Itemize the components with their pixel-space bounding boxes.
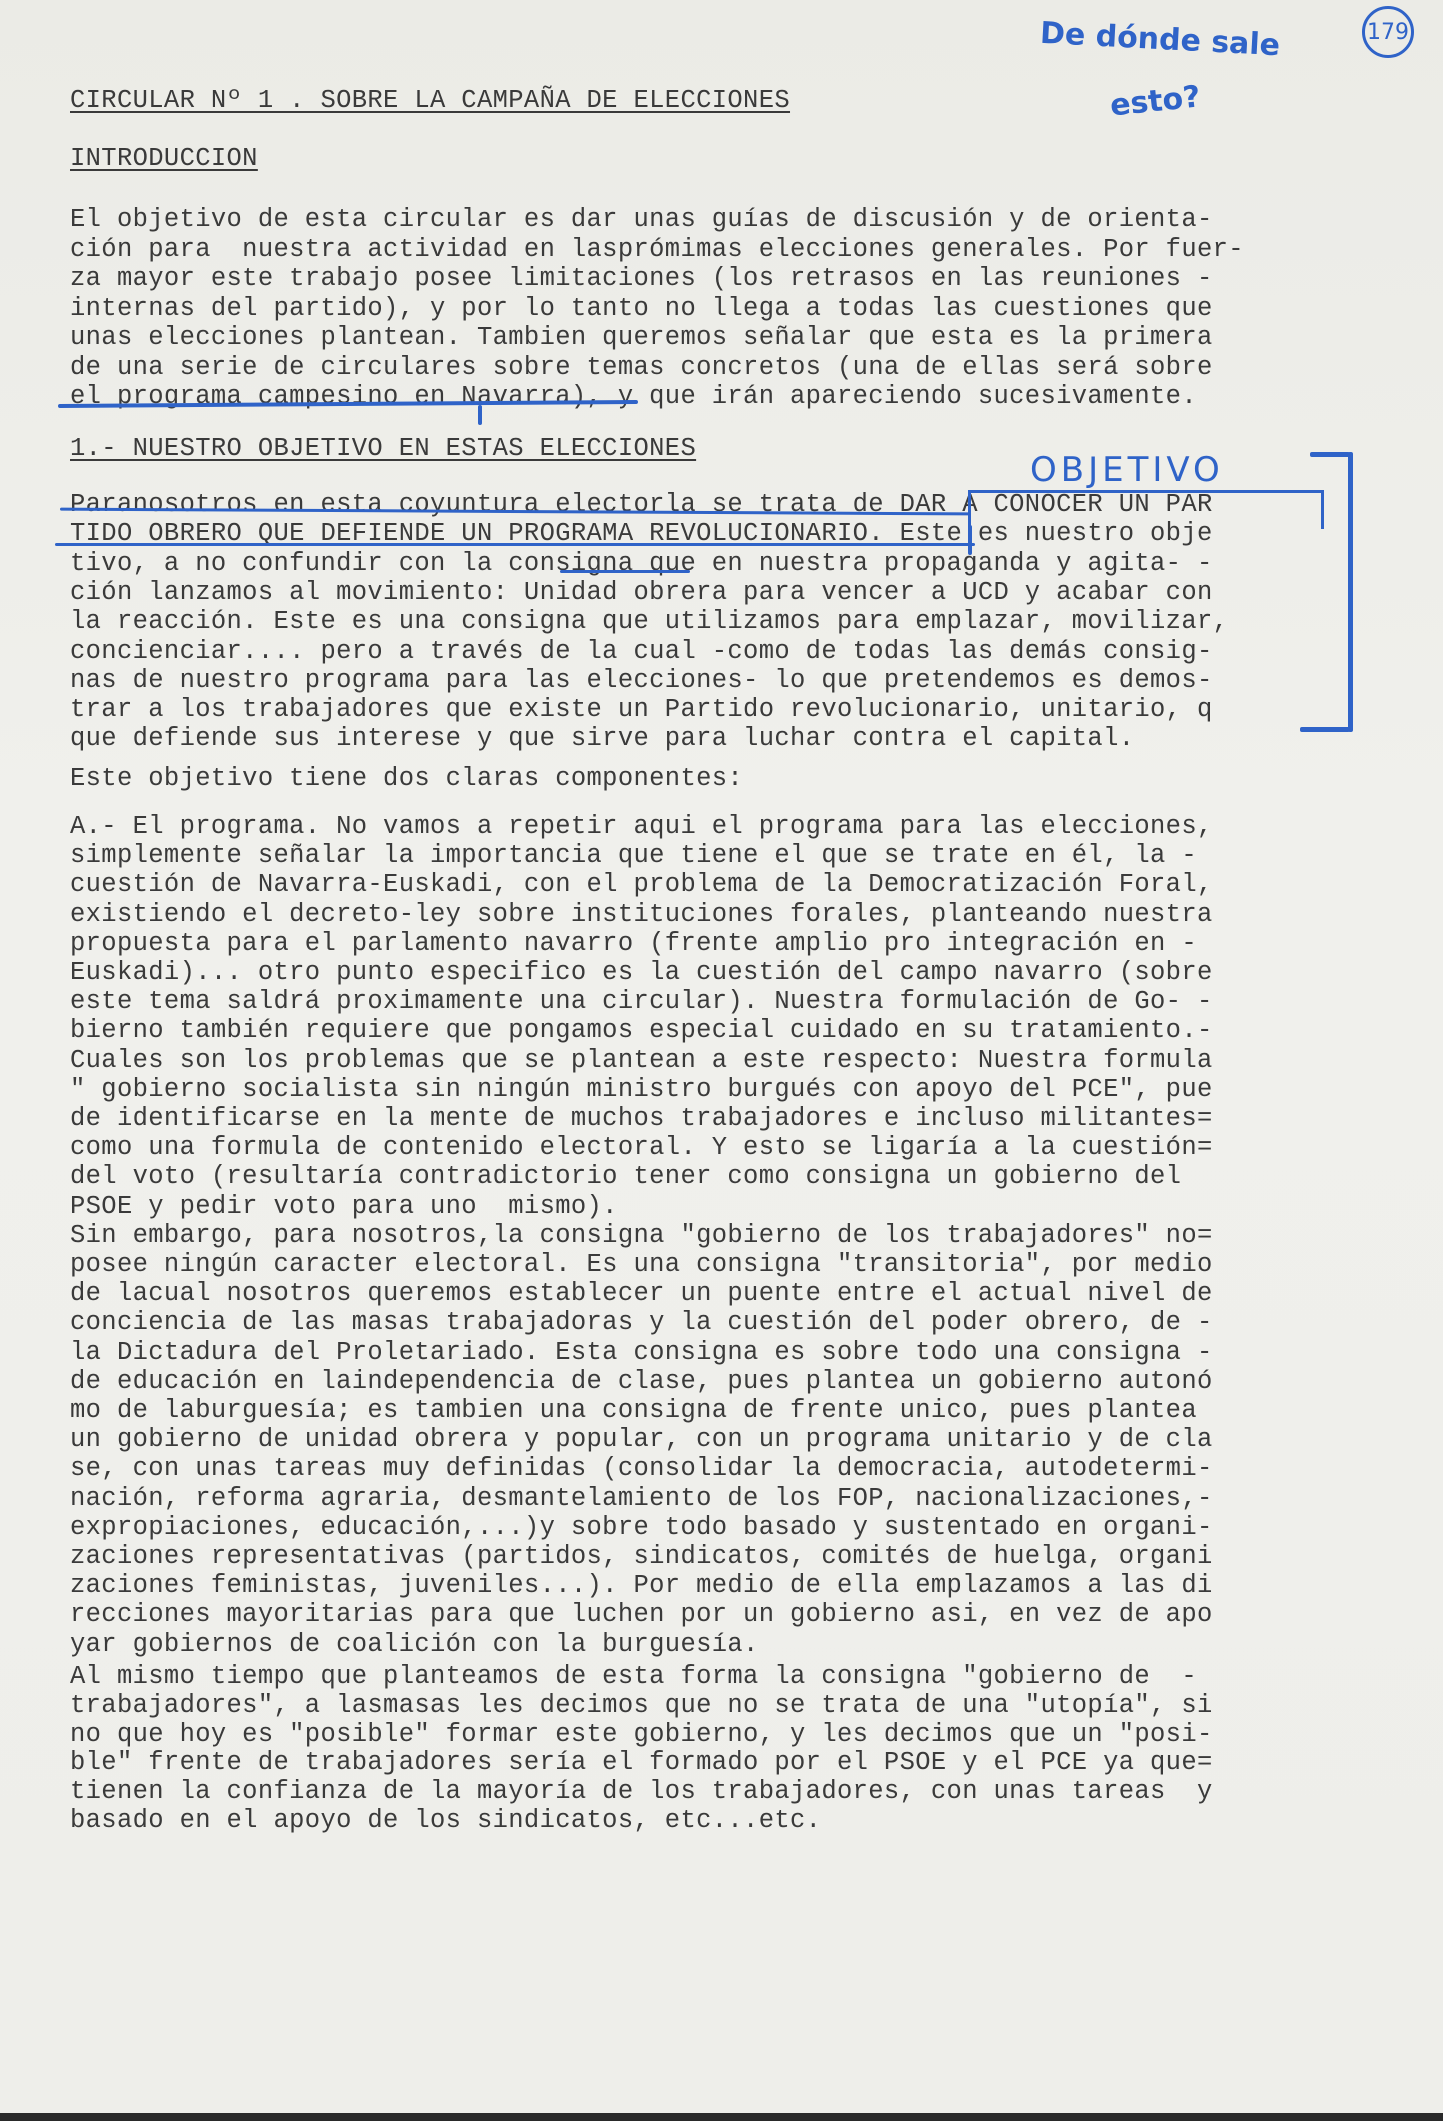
- underline-tido-obrero: [55, 543, 975, 546]
- bracket-top: [1310, 452, 1350, 457]
- text-line: zaciones representativas (partidos, sind…: [70, 1542, 1213, 1571]
- text-line: del voto (resultaría contradictorio tene…: [70, 1162, 1181, 1191]
- page-bottom-edge: [0, 2113, 1443, 2121]
- text-line: basado en el apoyo de los sindicatos, et…: [70, 1806, 821, 1835]
- text-line: unas elecciones plantean. Tambien querem…: [70, 323, 1213, 352]
- text-line: ción lanzamos al movimiento: Unidad obre…: [70, 578, 1213, 607]
- text-line: simplemente señalar la importancia que t…: [70, 841, 1197, 870]
- page-number-stamp: 179: [1362, 6, 1414, 58]
- text-line: Al mismo tiempo que planteamos de esta f…: [70, 1662, 1197, 1691]
- text-line: de identificarse en la mente de muchos t…: [70, 1104, 1213, 1133]
- text-line: yar gobiernos de coalición con la burgue…: [70, 1630, 759, 1659]
- text-line: 1.- NUESTRO OBJETIVO EN ESTAS ELECCIONES: [70, 434, 696, 463]
- text-line: como una formula de contenido electoral.…: [70, 1133, 1213, 1162]
- underline-consigna: [560, 570, 690, 573]
- text-line: conciencia de las masas trabajadoras y l…: [70, 1308, 1213, 1337]
- bracket-right: [1348, 452, 1353, 732]
- text-line: expropiaciones, educación,...)y sobre to…: [70, 1513, 1213, 1542]
- text-line: Euskadi)... otro punto especifico es la …: [70, 958, 1213, 987]
- text-line: CIRCULAR Nº 1 . SOBRE LA CAMPAÑA DE ELEC…: [70, 86, 790, 115]
- bracket-bottom: [1300, 727, 1350, 732]
- box-left-edge: [968, 525, 972, 555]
- text-line: posee ningún caracter electoral. Es una …: [70, 1250, 1213, 1279]
- text-line: tienen la confianza de la mayoría de los…: [70, 1777, 1213, 1806]
- text-line: tivo, a no confundir con la consigna que…: [70, 549, 1213, 578]
- text-line: za mayor este trabajo posee limitaciones…: [70, 264, 1213, 293]
- text-line: no que hoy es "posible" formar este gobi…: [70, 1720, 1213, 1749]
- text-line: El objetivo de esta circular es dar unas…: [70, 205, 1213, 234]
- margin-note-line-2: esto?: [1108, 79, 1202, 123]
- text-line: de una serie de circulares sobre temas c…: [70, 353, 1213, 382]
- text-line: Cuales son los problemas que se plantean…: [70, 1046, 1213, 1075]
- text-line: Sin embargo, para nosotros,la consigna "…: [70, 1221, 1213, 1250]
- text-line: trabajadores", a lasmasas les decimos qu…: [70, 1691, 1213, 1720]
- text-line: la reacción. Este es una consigna que ut…: [70, 607, 1228, 636]
- text-line: nación, reforma agraria, desmantelamient…: [70, 1484, 1213, 1513]
- text-line: nas de nuestro programa para las eleccio…: [70, 666, 1213, 695]
- text-line: " gobierno socialista sin ningún ministr…: [70, 1075, 1213, 1104]
- text-line: INTRODUCCION: [70, 144, 258, 173]
- text-line: internas del partido), y por lo tanto no…: [70, 294, 1213, 323]
- text-line: un gobierno de unidad obrera y popular, …: [70, 1425, 1213, 1454]
- text-line: Este objetivo tiene dos claras component…: [70, 764, 743, 793]
- text-line: la Dictadura del Proletariado. Esta cons…: [70, 1338, 1213, 1367]
- text-line: de lacual nosotros queremos establecer u…: [70, 1279, 1213, 1308]
- underline-tick: [478, 405, 482, 425]
- text-line: se, con unas tareas muy definidas (conso…: [70, 1454, 1213, 1483]
- document-page: 179 De dónde sale esto? CIRCULAR Nº 1 . …: [0, 0, 1443, 2121]
- text-line: mo de laburguesía; es tambien una consig…: [70, 1396, 1197, 1425]
- text-line: ble" frente de trabajadores sería el for…: [70, 1748, 1213, 1777]
- text-line: PSOE y pedir voto para uno mismo).: [70, 1192, 618, 1221]
- objetivo-annotation: OBJETIVO: [1030, 450, 1224, 490]
- text-line: zaciones feministas, juveniles...). Por …: [70, 1571, 1213, 1600]
- text-line: recciones mayoritarias para que luchen p…: [70, 1600, 1213, 1629]
- text-line: que defiende sus interese y que sirve pa…: [70, 724, 1134, 753]
- text-line: de educación en laindependencia de clase…: [70, 1367, 1213, 1396]
- text-line: bierno también requiere que pongamos esp…: [70, 1016, 1213, 1045]
- text-line: A.- El programa. No vamos a repetir aqui…: [70, 812, 1213, 841]
- text-line: concienciar.... pero a través de la cual…: [70, 637, 1213, 666]
- margin-note-line-1: De dónde sale: [1039, 16, 1281, 64]
- text-line: cuestión de Navarra-Euskadi, con el prob…: [70, 870, 1213, 899]
- text-line: trar a los trabajadores que existe un Pa…: [70, 695, 1213, 724]
- text-line: este tema saldrá proximamente una circul…: [70, 987, 1213, 1016]
- text-line: propuesta para el parlamento navarro (fr…: [70, 929, 1197, 958]
- text-line: ción para nuestra actividad en lasprómim…: [70, 235, 1244, 264]
- objetivo-highlight-box: [968, 490, 1324, 529]
- text-line: existiendo el decreto-ley sobre instituc…: [70, 900, 1213, 929]
